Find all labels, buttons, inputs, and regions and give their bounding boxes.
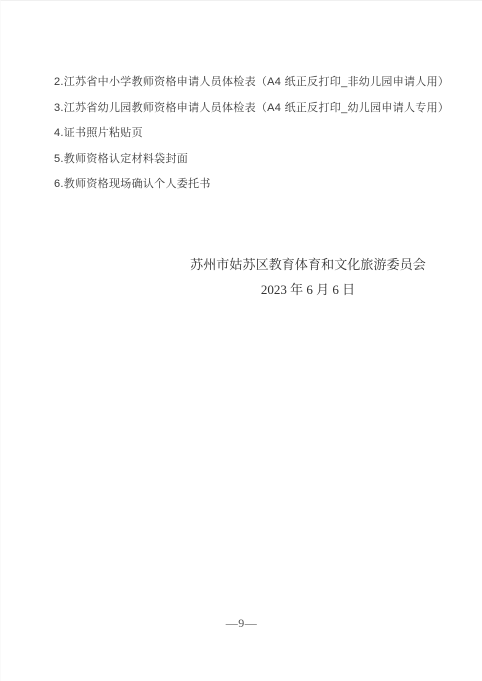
list-item: 4.证书照片粘贴页 xyxy=(54,121,452,147)
attachment-list: 2.江苏省中小学教师资格申请人员体检表（A4 纸正反打印_非幼儿园申请人用） 3… xyxy=(54,70,452,198)
issuing-organization: 苏州市姑苏区教育体育和文化旅游委员会 xyxy=(133,256,482,274)
document-page: 2.江苏省中小学教师资格申请人员体检表（A4 纸正反打印_非幼儿园申请人用） 3… xyxy=(0,0,482,681)
list-item: 3.江苏省幼儿园教师资格申请人员体检表（A4 纸正反打印_幼儿园申请人专用） xyxy=(54,96,452,122)
page-footer: —9— xyxy=(1,614,482,632)
signature-block: 苏州市姑苏区教育体育和文化旅游委员会 2023 年 6 月 6 日 xyxy=(133,256,482,299)
list-item: 6.教师资格现场确认个人委托书 xyxy=(54,172,452,198)
list-item: 2.江苏省中小学教师资格申请人员体检表（A4 纸正反打印_非幼儿园申请人用） xyxy=(54,70,452,96)
list-item: 5.教师资格认定材料袋封面 xyxy=(54,147,452,173)
page-number: —9— xyxy=(226,616,258,630)
issue-date: 2023 年 6 月 6 日 xyxy=(133,281,482,299)
